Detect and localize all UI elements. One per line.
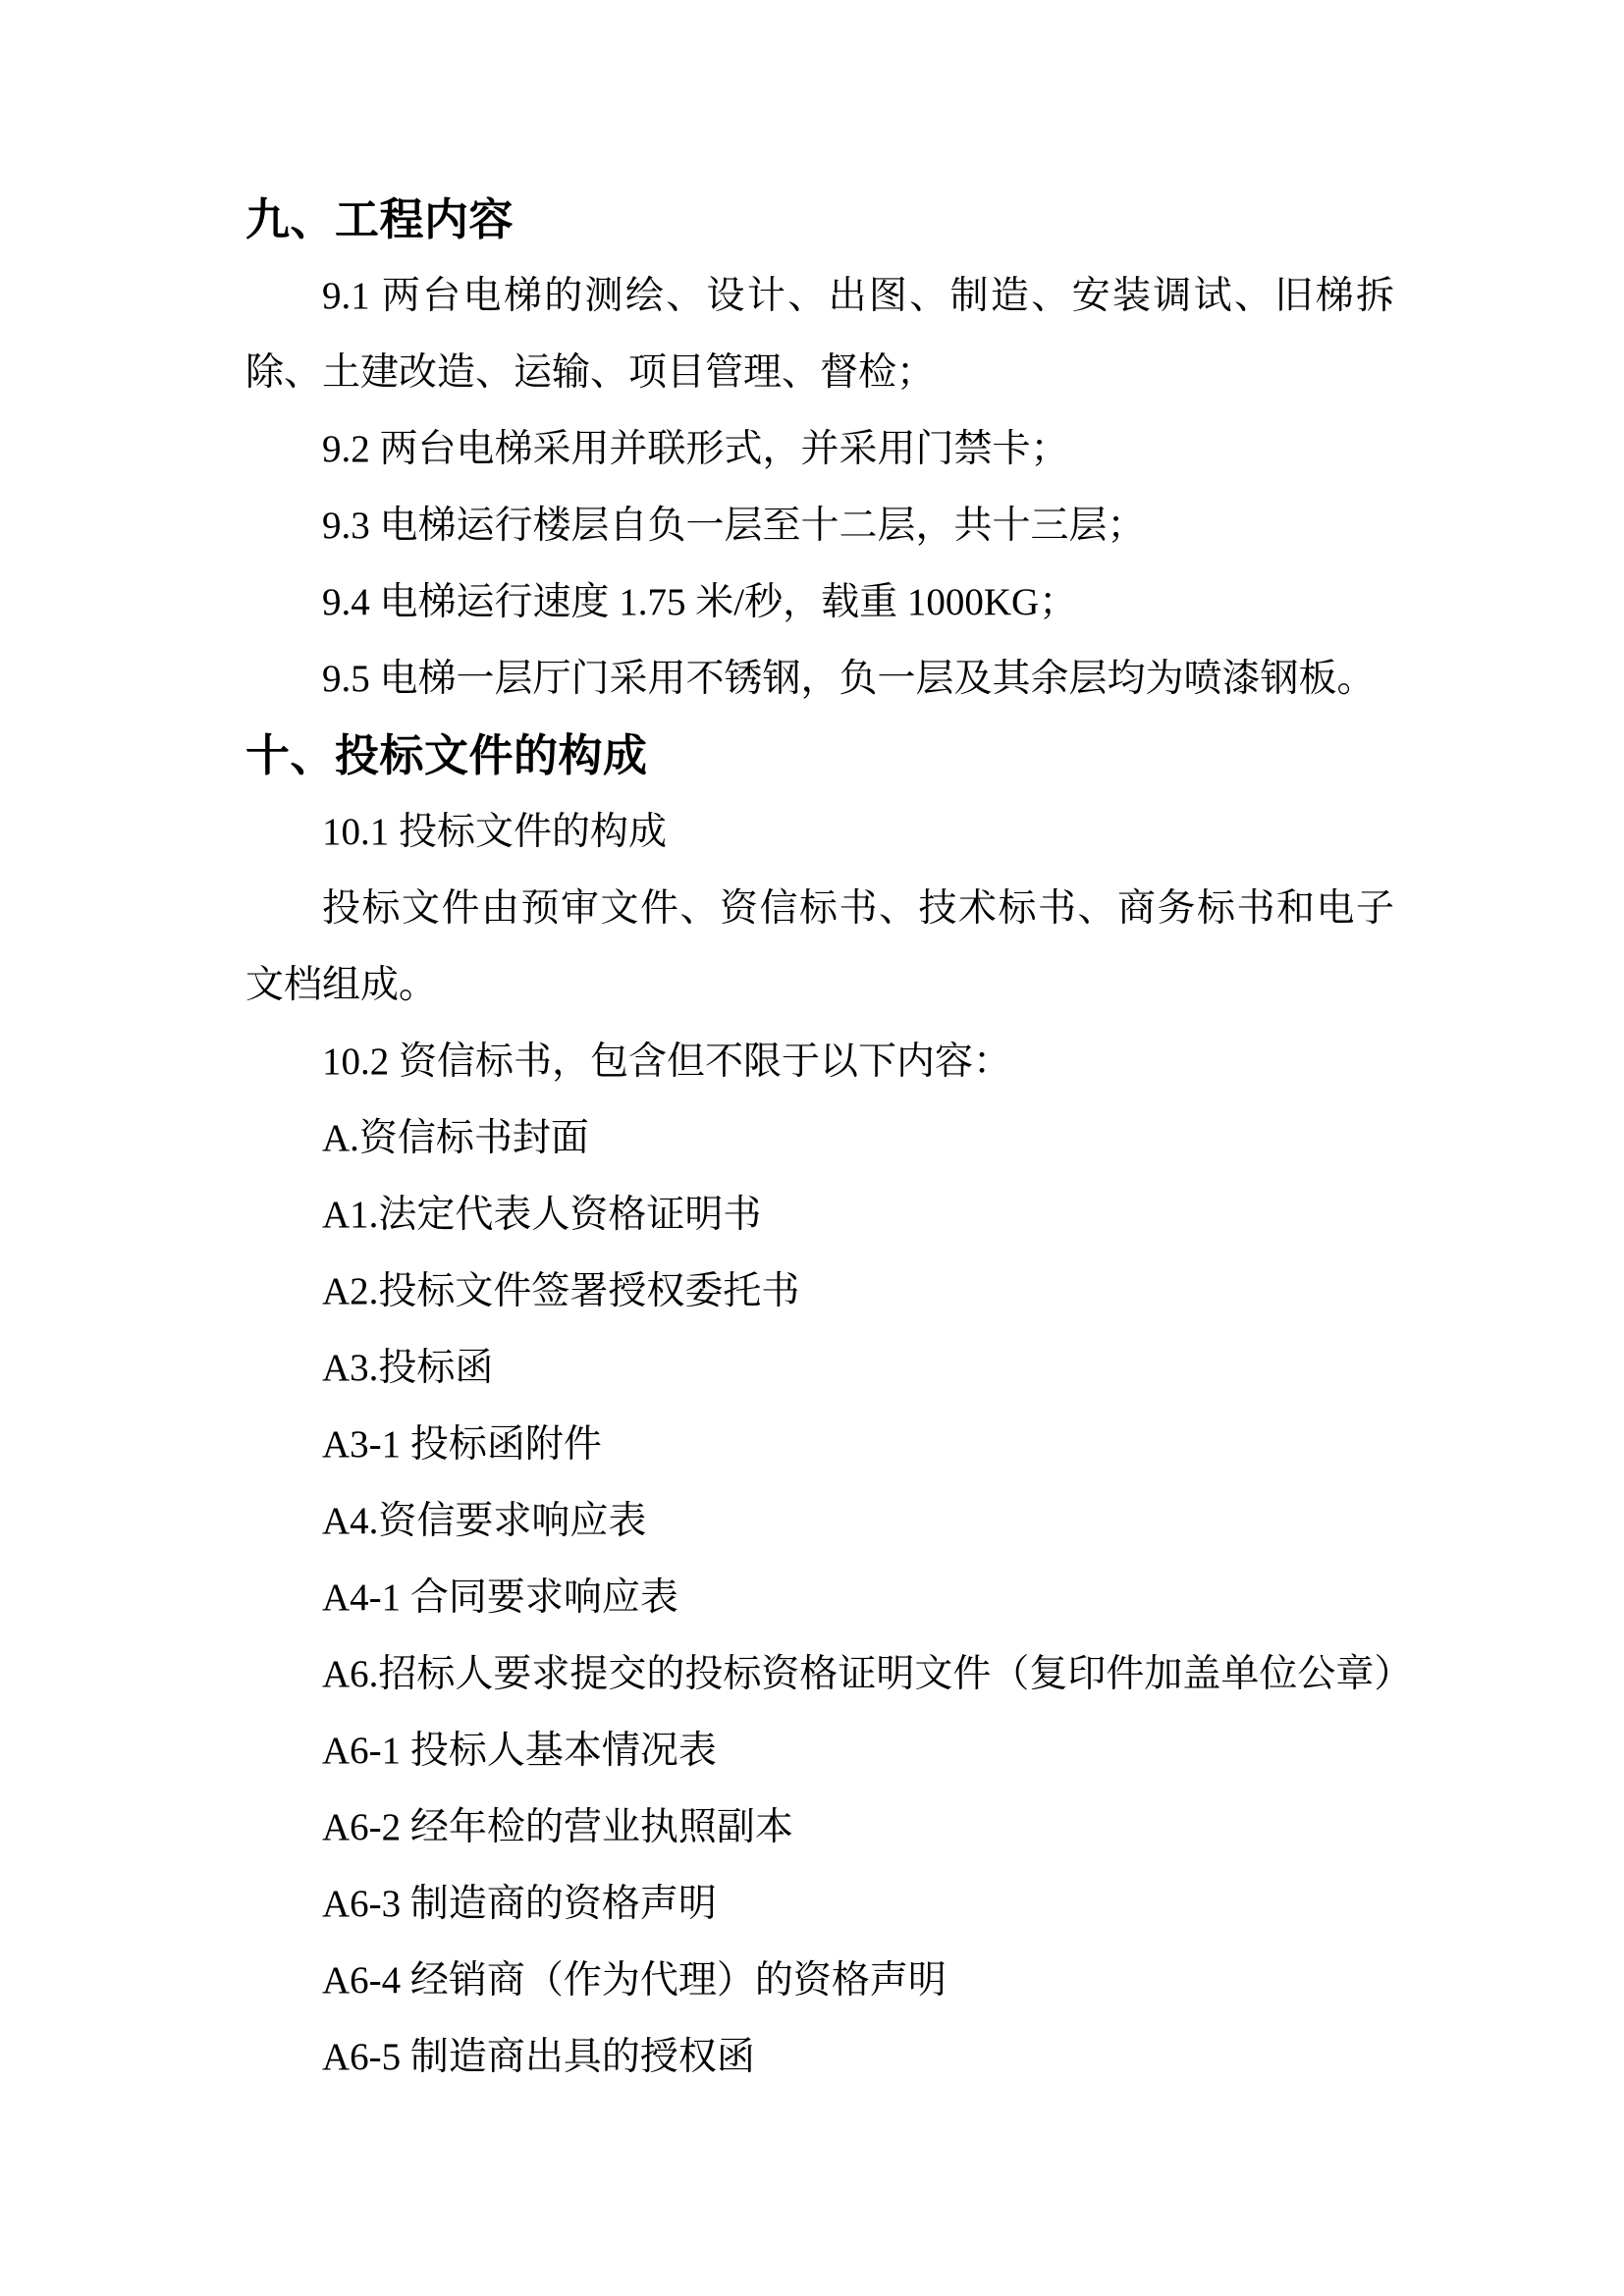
item-a: A.资信标书封面 — [245, 1100, 1394, 1177]
document-body: 九、工程内容 9.1 两台电梯的测绘、设计、出图、制造、安装调试、旧梯拆 除、土… — [245, 182, 1394, 2096]
item-a4-1: A4-1 合同要求响应表 — [245, 1560, 1394, 1636]
item-a3: A3.投标函 — [245, 1330, 1394, 1407]
item-a1: A1.法定代表人资格证明书 — [245, 1177, 1394, 1254]
item-a6-5: A6-5 制造商出具的授权函 — [245, 2019, 1394, 2096]
item-a6-4: A6-4 经销商（作为代理）的资格声明 — [245, 1943, 1394, 2019]
item-a6-2: A6-2 经年检的营业执照副本 — [245, 1789, 1394, 1866]
item-a2: A2.投标文件签署授权委托书 — [245, 1254, 1394, 1330]
document-page: 九、工程内容 9.1 两台电梯的测绘、设计、出图、制造、安装调试、旧梯拆 除、土… — [0, 0, 1624, 2296]
item-a6-1: A6-1 投标人基本情况表 — [245, 1713, 1394, 1789]
item-a3-1: A3-1 投标函附件 — [245, 1407, 1394, 1483]
section-10-heading: 十、投标文件的构成 — [245, 718, 1394, 794]
item-a6-3: A6-3 制造商的资格声明 — [245, 1866, 1394, 1943]
para-10-1-intro-line-2: 文档组成。 — [245, 947, 1394, 1024]
para-10-2: 10.2 资信标书，包含但不限于以下内容： — [245, 1024, 1394, 1100]
para-9-5: 9.5 电梯一层厅门采用不锈钢，负一层及其余层均为喷漆钢板。 — [245, 641, 1394, 718]
item-a6: A6.招标人要求提交的投标资格证明文件（复印件加盖单位公章） — [245, 1636, 1394, 1713]
para-9-3: 9.3 电梯运行楼层自负一层至十二层，共十三层； — [245, 488, 1394, 564]
section-9-heading: 九、工程内容 — [245, 182, 1394, 258]
para-9-1-line-2: 除、土建改造、运输、项目管理、督检； — [245, 335, 1394, 411]
para-9-4: 9.4 电梯运行速度 1.75 米/秒，载重 1000KG； — [245, 564, 1394, 641]
para-10-1: 10.1 投标文件的构成 — [245, 794, 1394, 871]
para-9-2: 9.2 两台电梯采用并联形式，并采用门禁卡； — [245, 411, 1394, 488]
para-9-1-line-1: 9.1 两台电梯的测绘、设计、出图、制造、安装调试、旧梯拆 — [245, 258, 1394, 335]
item-a4: A4.资信要求响应表 — [245, 1483, 1394, 1560]
para-10-1-intro-line-1: 投标文件由预审文件、资信标书、技术标书、商务标书和电子 — [245, 871, 1394, 947]
